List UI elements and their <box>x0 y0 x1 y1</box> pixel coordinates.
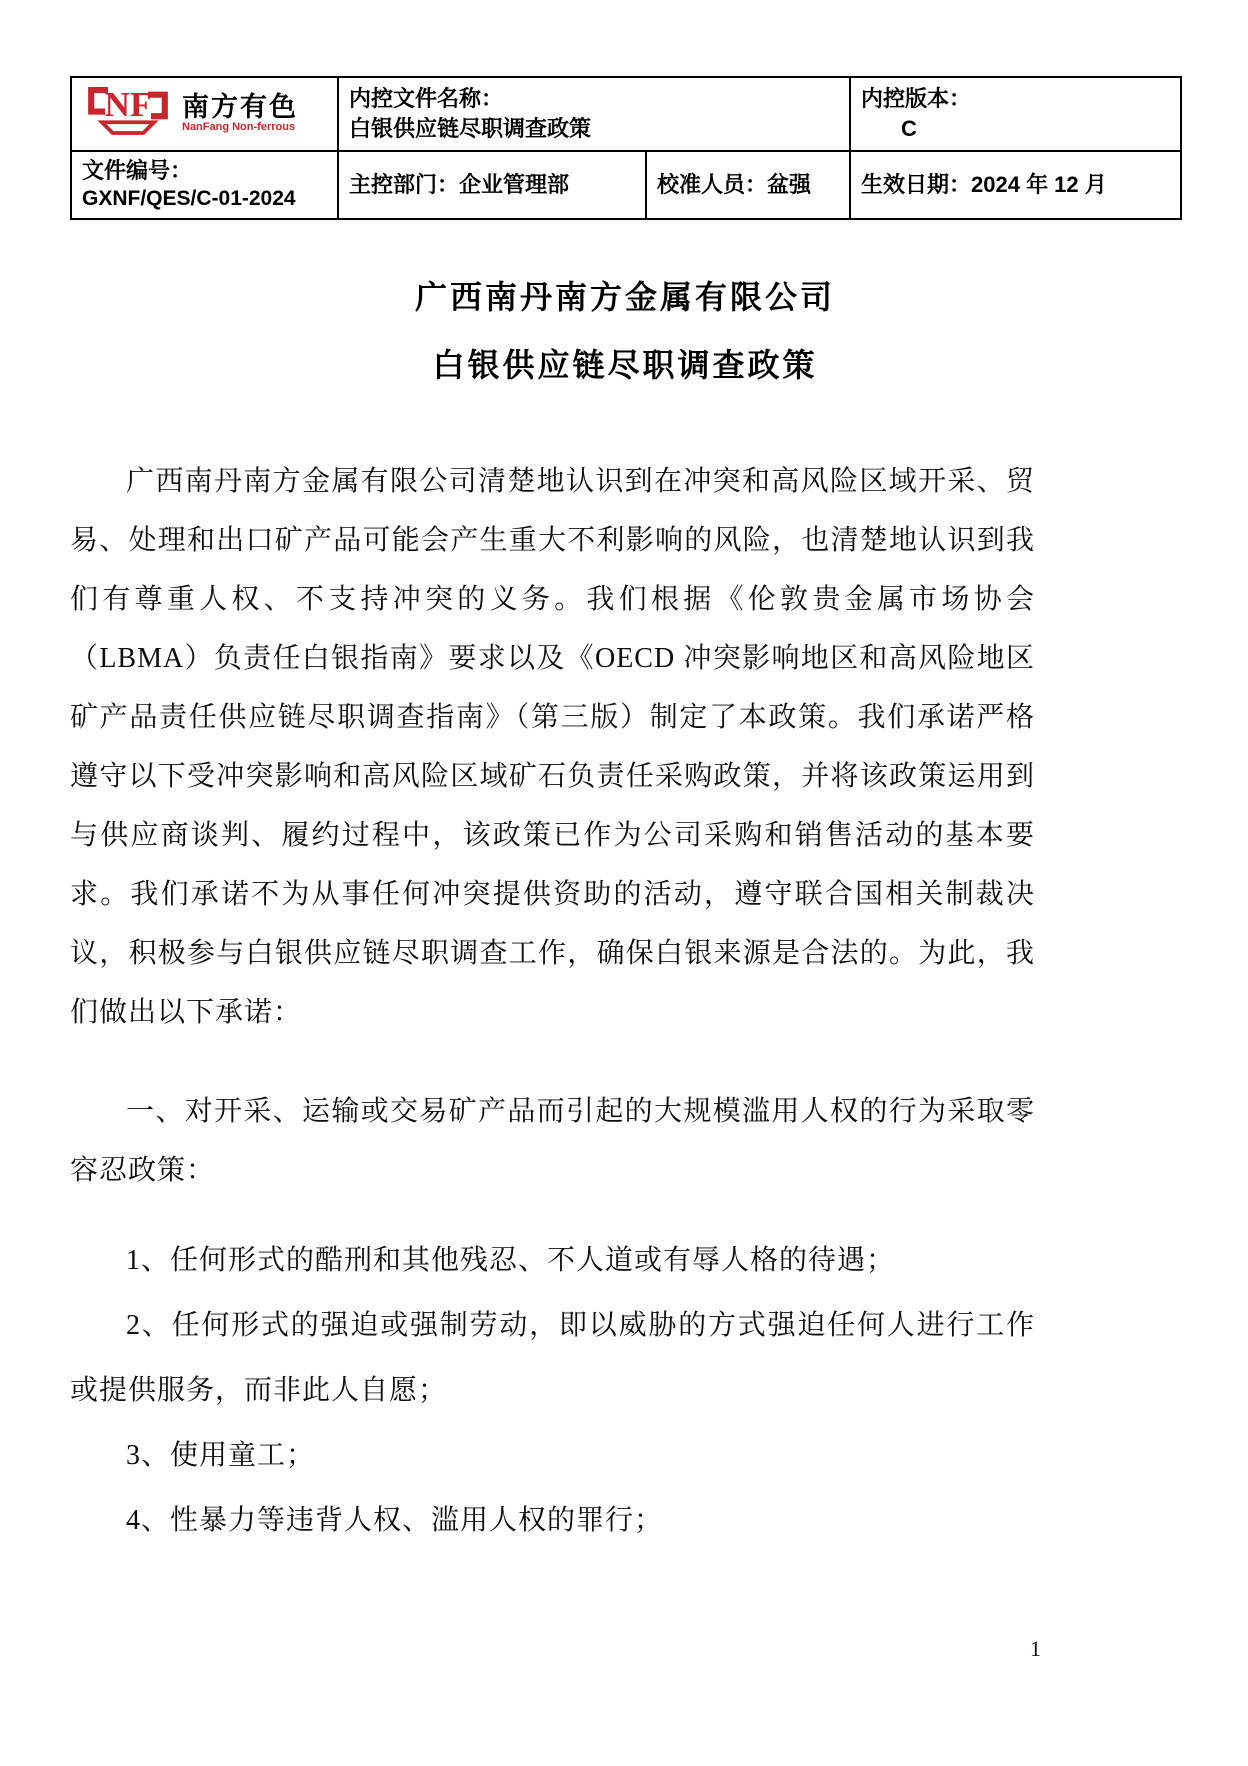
list-item-2: 2、任何形式的强迫或强制劳动，即以威胁的方式强迫任何人进行工作或提供服务，而非此… <box>70 1293 1035 1423</box>
version-label: 内控版本： <box>861 84 1170 114</box>
list-item-4: 4、性暴力等违背人权、滥用人权的罪行； <box>70 1488 1035 1553</box>
svg-text:NF: NF <box>105 85 152 124</box>
section-1-heading: 一、对开采、运输或交易矿产品而引起的大规模滥用人权的行为采取零容忍政策： <box>70 1082 1035 1200</box>
section-1-items: 1、任何形式的酷刑和其他残忍、不人道或有辱人格的待遇； 2、任何形式的强迫或强制… <box>70 1228 1035 1553</box>
document-page: NF 南方有色 NanFang Non-ferrous 内控文件名称： 白银供应… <box>0 0 1248 1766</box>
nf-logo-icon: NF <box>82 82 174 146</box>
header-row-1: NF 南方有色 NanFang Non-ferrous 内控文件名称： 白银供应… <box>71 77 1181 151</box>
doc-name-label: 内控文件名称： <box>349 84 839 114</box>
doc-name-cell: 内控文件名称： 白银供应链尽职调查政策 <box>338 77 850 151</box>
doc-no-value: GXNF/QES/C-01-2024 <box>82 185 327 213</box>
document-title-company: 广西南丹南方金属有限公司 <box>70 272 1180 318</box>
logo-cell: NF 南方有色 NanFang Non-ferrous <box>71 77 338 151</box>
effective-date-text: 生效日期：2024 年 12 月 <box>861 161 1170 209</box>
doc-name-value: 白银供应链尽职调查政策 <box>349 114 839 144</box>
document-title-policy: 白银供应链尽职调查政策 <box>70 340 1180 386</box>
company-logo: NF 南方有色 NanFang Non-ferrous <box>82 82 327 146</box>
version-value: C <box>861 114 1170 144</box>
doc-no-label: 文件编号： <box>82 156 327 186</box>
document-header-table: NF 南方有色 NanFang Non-ferrous 内控文件名称： 白银供应… <box>70 76 1182 220</box>
intro-paragraph: 广西南丹南方金属有限公司清楚地认识到在冲突和高风险区域开采、贸易、处理和出口矿产… <box>70 452 1035 1042</box>
page-number: 1 <box>1030 1636 1041 1662</box>
calibrator-text: 校准人员：盆强 <box>657 161 839 209</box>
document-body: 广西南丹南方金属有限公司清楚地认识到在冲突和高风险区域开采、贸易、处理和出口矿产… <box>70 452 1035 1553</box>
dept-text: 主控部门：企业管理部 <box>349 161 635 209</box>
version-cell: 内控版本： C <box>850 77 1181 151</box>
logo-name-en: NanFang Non-ferrous <box>182 121 298 134</box>
dept-cell: 主控部门：企业管理部 <box>338 151 646 219</box>
list-item-1: 1、任何形式的酷刑和其他残忍、不人道或有辱人格的待遇； <box>70 1228 1035 1293</box>
list-item-3: 3、使用童工； <box>70 1423 1035 1488</box>
calibrator-cell: 校准人员：盆强 <box>646 151 850 219</box>
effective-date-cell: 生效日期：2024 年 12 月 <box>850 151 1181 219</box>
header-row-2: 文件编号： GXNF/QES/C-01-2024 主控部门：企业管理部 校准人员… <box>71 151 1181 219</box>
logo-name-cn: 南方有色 <box>182 94 298 121</box>
doc-no-cell: 文件编号： GXNF/QES/C-01-2024 <box>71 151 338 219</box>
logo-text-block: 南方有色 NanFang Non-ferrous <box>182 94 298 134</box>
